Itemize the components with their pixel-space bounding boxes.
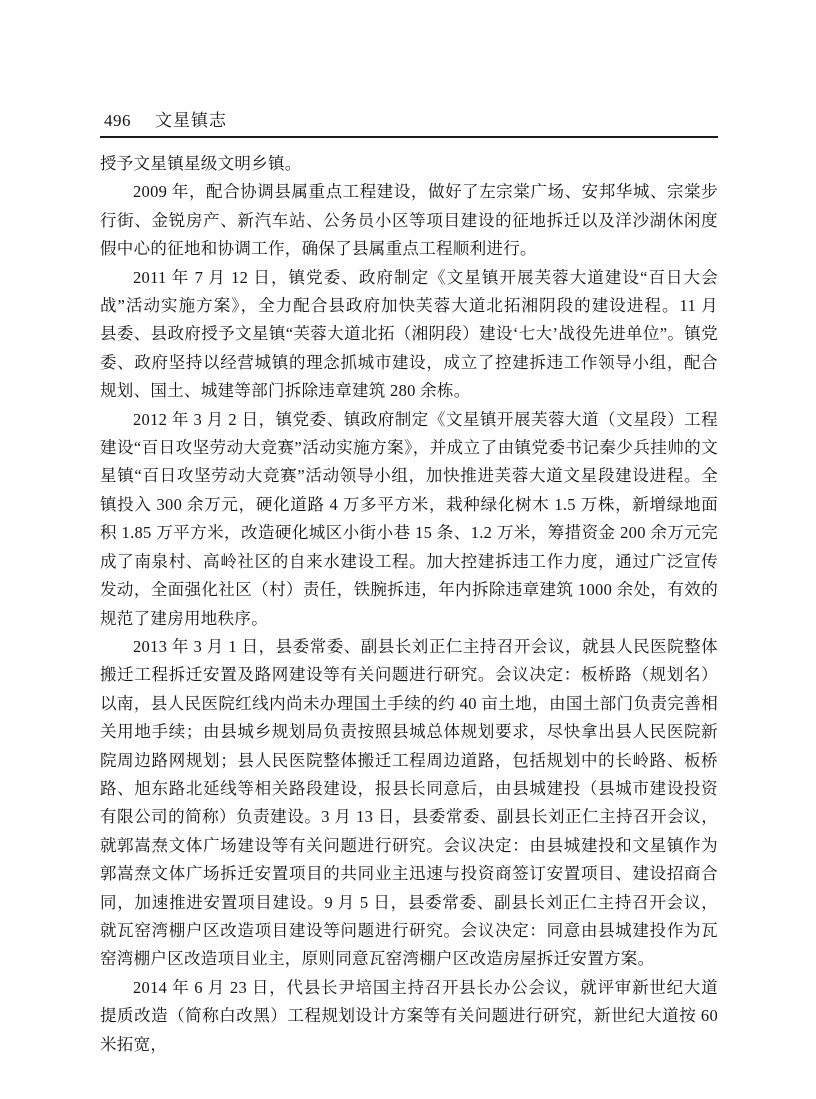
page-content: 496 文星镇志 授予文星镇星级文明乡镇。2009 年，配合协调县属重点工程建设… [100,106,718,1059]
paragraph: 2014 年 6 月 23 日，代县长尹培国主持召开县长办公会议，就评审新世纪大… [100,974,718,1059]
running-header: 496 文星镇志 [100,106,718,138]
paragraph: 2013 年 3 月 1 日，县委常委、副县长刘正仁主持召开会议，就县人民医院整… [100,633,718,974]
paragraph: 2011 年 7 月 12 日，镇党委、政府制定《文星镇开展芙蓉大道建设“百日大… [100,264,718,406]
page-number: 496 [104,111,131,131]
paragraph: 授予文星镇星级文明乡镇。 [100,150,718,178]
paragraph: 2009 年，配合协调县属重点工程建设，做好了左宗棠广场、安邦华城、宗棠步行街、… [100,178,718,263]
book-title: 文星镇志 [155,106,227,131]
page-body: 授予文星镇星级文明乡镇。2009 年，配合协调县属重点工程建设，做好了左宗棠广场… [100,150,718,1059]
paragraph: 2012 年 3 月 2 日，镇党委、镇政府制定《文星镇开展芙蓉大道（文星段）工… [100,406,718,633]
document-page: 496 文星镇志 授予文星镇星级文明乡镇。2009 年，配合协调县属重点工程建设… [0,0,816,1099]
